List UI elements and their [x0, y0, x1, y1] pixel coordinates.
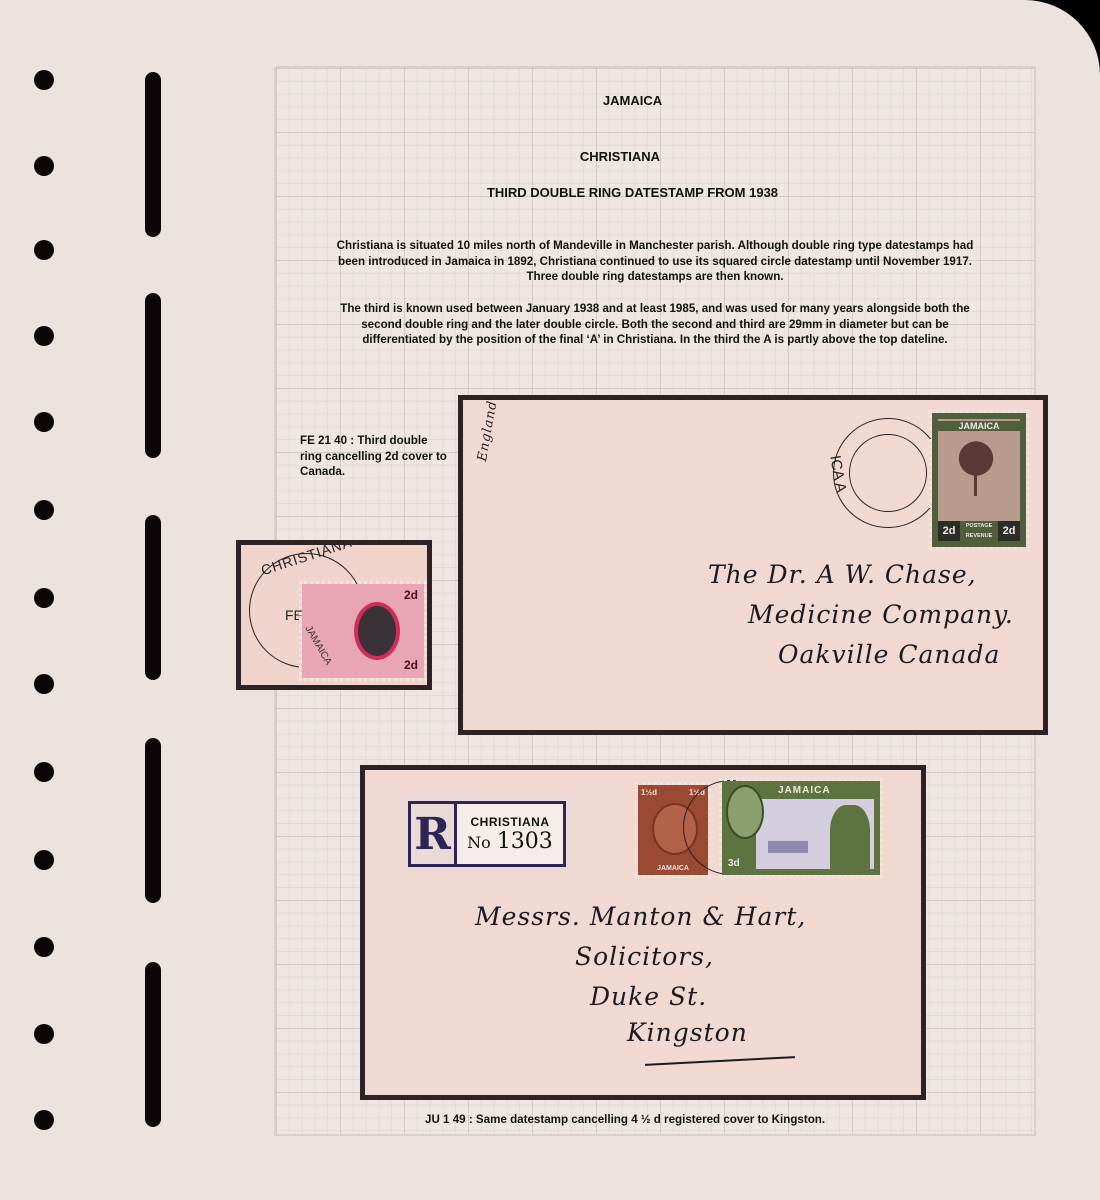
binder-hole — [34, 1110, 54, 1130]
registration-town: CHRISTIANA — [471, 815, 550, 829]
address-line-2: Medicine Company. — [748, 600, 1014, 629]
binder-hole — [34, 588, 54, 608]
stamp-value-left: 2d — [938, 521, 960, 541]
binder-hole — [34, 70, 54, 90]
binder-slot — [145, 962, 161, 1127]
registration-letter: R — [411, 804, 457, 864]
binder-hole — [34, 412, 54, 432]
stamp-value-bottom: 2d — [404, 658, 418, 672]
corner-note: England — [475, 400, 501, 463]
king-portrait-icon — [726, 785, 764, 839]
item-1-caption: FE 21 40 : Third double ring cancelling … — [300, 433, 450, 480]
binder-slot — [145, 515, 161, 680]
postmark-inner-ring — [849, 434, 927, 512]
intro-paragraph-2: The third is known used between January … — [330, 301, 980, 348]
binder-hole — [34, 674, 54, 694]
stamp-country: JAMAICA — [938, 421, 1020, 431]
binder-slot — [145, 293, 161, 458]
registration-prefix: No — [467, 833, 491, 852]
album-page: JAMAICA CHRISTIANA THIRD DOUBLE RING DAT… — [0, 0, 1100, 1200]
stamp-3d-green: JAMAICA 3d — [719, 778, 883, 878]
binder-slot — [145, 738, 161, 903]
country-heading: JAMAICA — [80, 93, 1100, 108]
address-line-1: Messrs. Manton & Hart, — [475, 902, 806, 931]
cover-registered-kingston: R CHRISTIANA No1303 1½d 1½d JAMAICA — [360, 765, 926, 1100]
registration-number: 1303 — [497, 829, 553, 854]
binder-hole — [34, 937, 54, 957]
address-line-3: Oakville Canada — [778, 640, 1000, 669]
address-line-3: Duke St. — [590, 982, 707, 1011]
stamp-country: JAMAICA — [302, 624, 333, 667]
stamp-inscription: POSTAGE REVENUE — [960, 521, 998, 541]
stamp-country: JAMAICA — [778, 785, 831, 796]
binder-hole — [34, 156, 54, 176]
ship-icon — [768, 841, 808, 853]
stamp-value-left: 1½d — [641, 788, 657, 797]
stamp-value: 3d — [728, 858, 740, 869]
queen-portrait-icon — [354, 602, 400, 660]
address-line-2: Solicitors, — [575, 942, 714, 971]
stamp-2d-green: JAMAICA 2d POSTAGE REVENUE 2d — [929, 410, 1029, 550]
subtitle-heading: THIRD DOUBLE RING DATESTAMP FROM 1938 — [80, 185, 1100, 200]
registration-label: R CHRISTIANA No1303 — [401, 794, 573, 874]
item-3-caption: JU 1 49 : Same datestamp cancelling 4 ½ … — [425, 1112, 1025, 1128]
town-heading: CHRISTIANA — [70, 149, 1100, 164]
address-line-1: The Dr. A W. Chase, — [708, 560, 977, 589]
stamp-on-piece: CHRISTIANA FE JAMAICA 2d 2d — [236, 540, 432, 690]
stamp-value-right: 2d — [998, 521, 1020, 541]
address-underline — [645, 1056, 795, 1066]
address-line-4: Kingston — [627, 1018, 748, 1047]
stamp-2d-carmine: JAMAICA 2d 2d — [299, 581, 427, 681]
binder-hole — [34, 1024, 54, 1044]
cover-canada: England ICA A JAMAICA 2d POSTAGE REVENUE… — [458, 395, 1048, 735]
binder-hole — [34, 850, 54, 870]
binder-hole — [34, 762, 54, 782]
banana-tree-icon — [830, 805, 870, 869]
binder-hole — [34, 326, 54, 346]
stamp-value-top: 2d — [404, 588, 418, 602]
binder-hole — [34, 500, 54, 520]
palm-tree-icon — [956, 441, 996, 511]
intro-paragraph-1: Christiana is situated 10 miles north of… — [330, 238, 980, 285]
binder-hole — [34, 240, 54, 260]
stamp-country: JAMAICA — [638, 865, 708, 872]
